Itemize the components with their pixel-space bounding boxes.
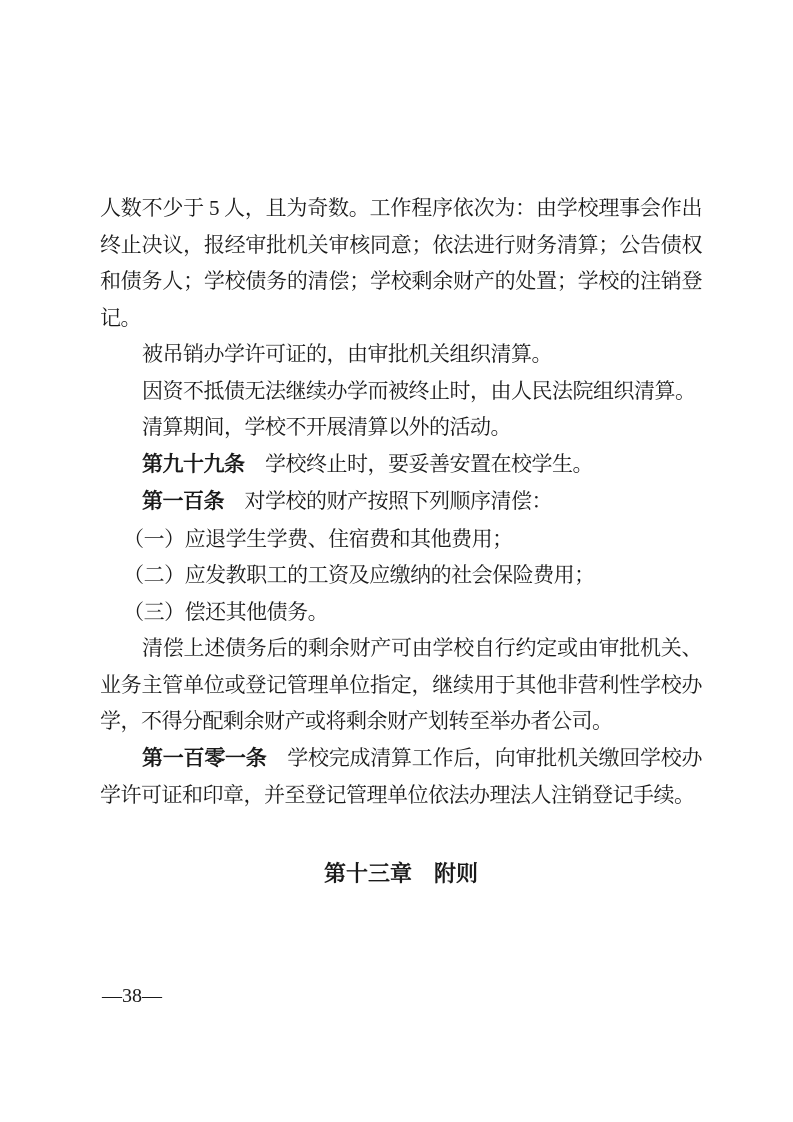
list-item-1: （一）应退学生学费、住宿费和其他费用； (100, 521, 702, 558)
paragraph-text: 清偿上述债务后的剩余财产可由学校自行约定或由审批机关、业务主管单位或登记管理单位… (100, 636, 702, 733)
paragraph-text: 人数不少于 5 人，且为奇数。工作程序依次为：由学校理事会作出终止决议，报经审批… (100, 196, 702, 330)
paragraph: 被吊销办学许可证的，由审批机关组织清算。 (100, 336, 702, 373)
article-number: 第九十九条 (142, 453, 245, 476)
page-number: —38— (102, 984, 162, 1008)
paragraph: 清算期间，学校不开展清算以外的活动。 (100, 409, 702, 446)
paragraph: 清偿上述债务后的剩余财产可由学校自行约定或由审批机关、业务主管单位或登记管理单位… (100, 630, 702, 740)
article-number: 第一百零一条 (142, 747, 267, 770)
paragraph-text: 学校终止时，要妥善安置在校学生。 (245, 452, 594, 476)
article-number: 第一百条 (142, 490, 224, 513)
document-page: 人数不少于 5 人，且为奇数。工作程序依次为：由学校理事会作出终止决议，报经审批… (0, 0, 793, 1122)
paragraph-text: 清算期间，学校不开展清算以外的活动。 (142, 415, 511, 439)
paragraph-text: 因资不抵债无法继续办学而被终止时，由人民法院组织清算。 (142, 379, 696, 403)
chapter-heading: 第十三章 附则 (100, 856, 702, 893)
paragraph-article-101: 第一百零一条 学校完成清算工作后，向审批机关缴回学校办学许可证和印章，并至登记管… (100, 740, 702, 814)
paragraph-continuation: 人数不少于 5 人，且为奇数。工作程序依次为：由学校理事会作出终止决议，报经审批… (100, 190, 702, 336)
paragraph-text: （三）偿还其他债务。 (123, 600, 328, 624)
paragraph-article-99: 第九十九条 学校终止时，要妥善安置在校学生。 (100, 446, 702, 484)
list-item-3: （三）偿还其他债务。 (100, 594, 702, 631)
paragraph-text: 对学校的财产按照下列顺序清偿： (224, 489, 552, 513)
paragraph: 因资不抵债无法继续办学而被终止时，由人民法院组织清算。 (100, 373, 702, 410)
paragraph-text: 被吊销办学许可证的，由审批机关组织清算。 (142, 342, 552, 366)
paragraph-article-100: 第一百条 对学校的财产按照下列顺序清偿： (100, 483, 702, 521)
document-body: 人数不少于 5 人，且为奇数。工作程序依次为：由学校理事会作出终止决议，报经审批… (100, 190, 702, 892)
paragraph-text: （二）应发教职工的工资及应缴纳的社会保险费用； (123, 563, 595, 587)
paragraph-text: （一）应退学生学费、住宿费和其他费用； (123, 527, 513, 551)
list-item-2: （二）应发教职工的工资及应缴纳的社会保险费用； (100, 557, 702, 594)
